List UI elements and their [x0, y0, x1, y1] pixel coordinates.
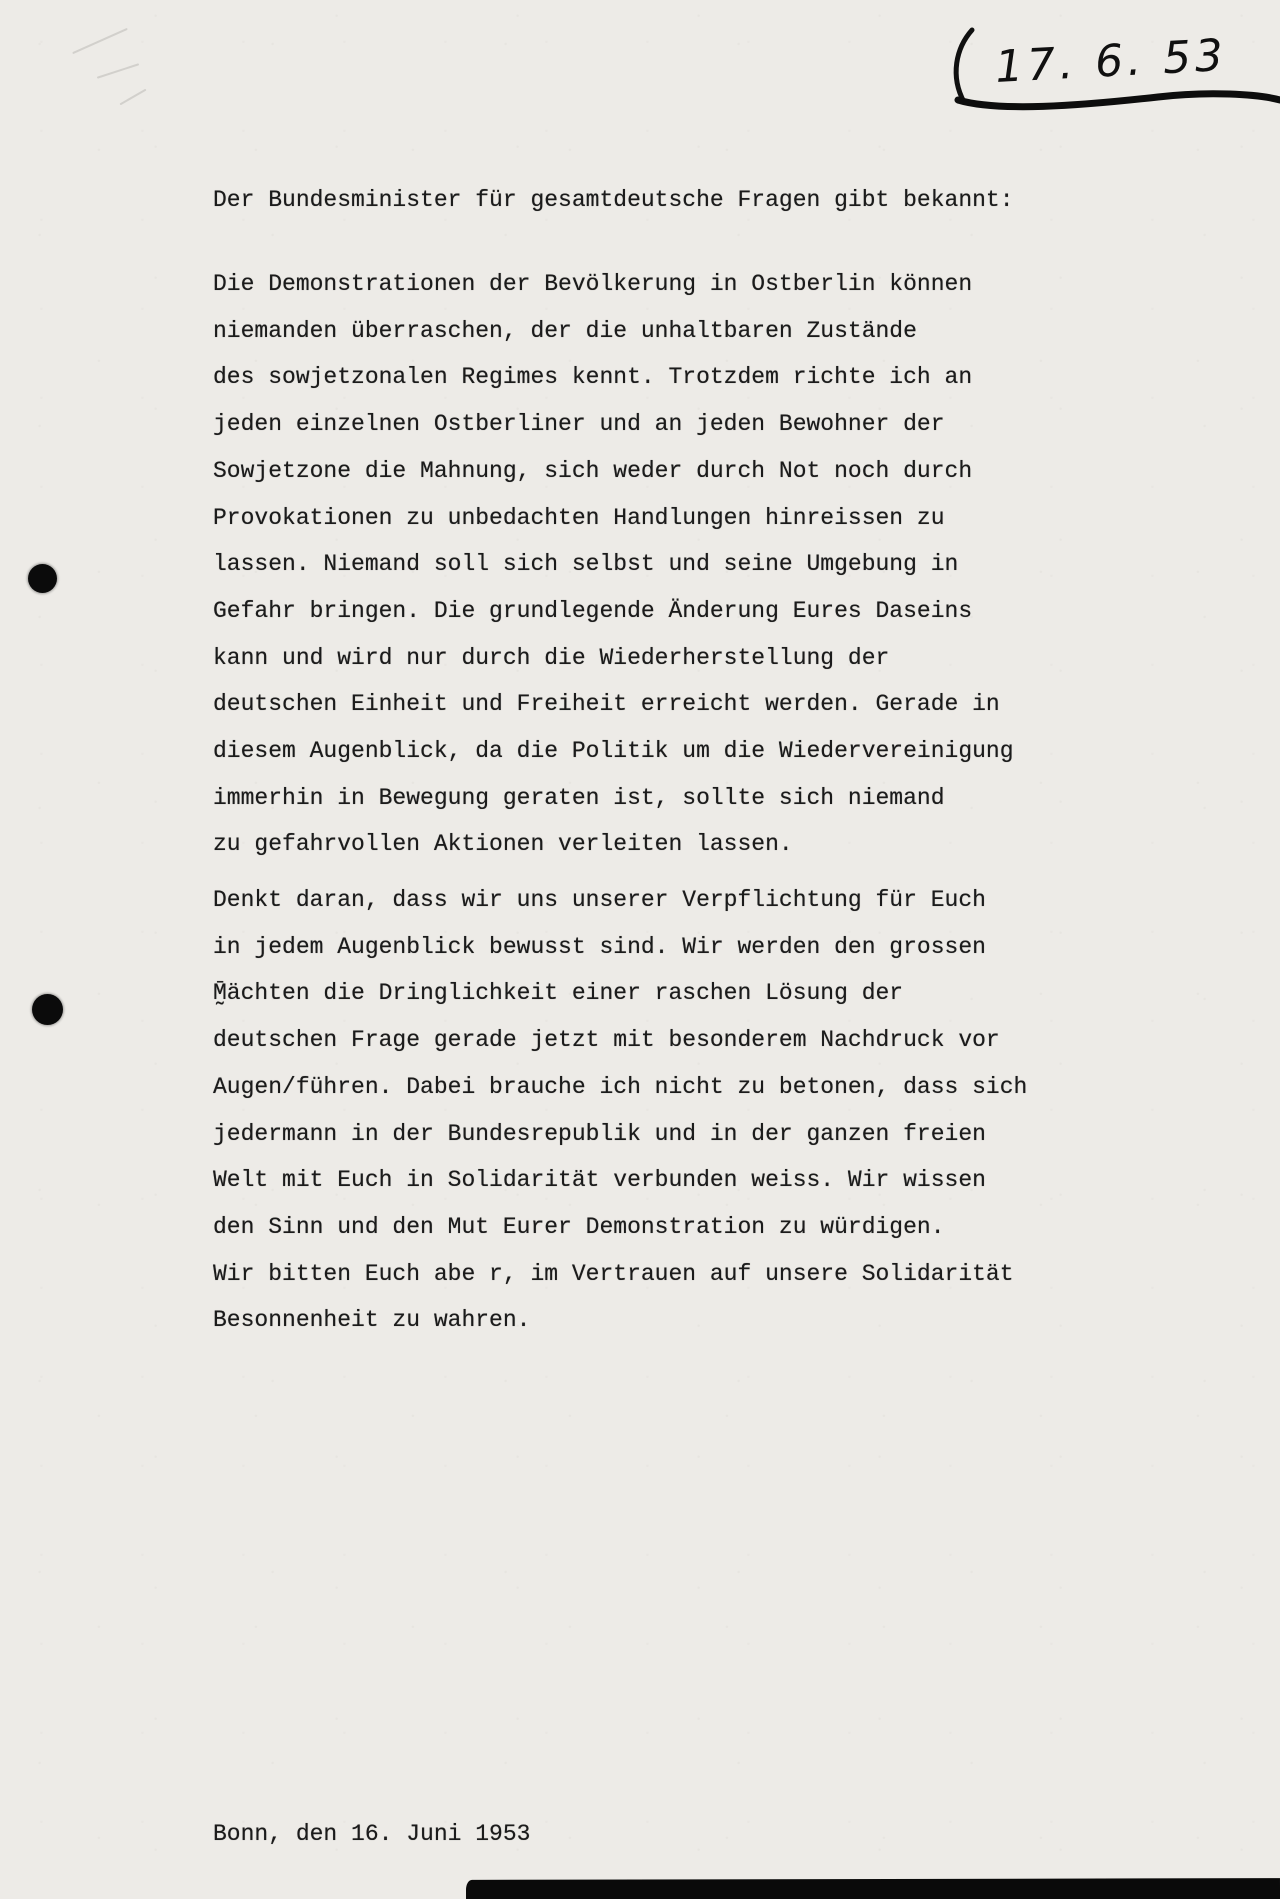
scanned-document-page: 17. 6. 53 Der Bundesminister für gesamtd… [0, 0, 1280, 1899]
open-paren-stroke [956, 30, 972, 102]
paragraph-2: Denkt daran, dass wir uns unserer Verpfl… [213, 877, 1027, 1344]
hole-punch-top [28, 564, 57, 593]
document-title: Der Bundesminister für gesamtdeutsche Fr… [213, 177, 1014, 224]
bottom-scan-bar [466, 1878, 1280, 1899]
dateline: Bonn, den 16. Juni 1953 [213, 1811, 530, 1858]
scan-smudge [120, 89, 147, 106]
annotation-underline-stroke [958, 94, 1280, 107]
handwritten-annotation: 17. 6. 53 [938, 14, 1280, 116]
scan-smudge [97, 63, 139, 78]
hole-punch-bottom [32, 994, 63, 1025]
scan-smudge [72, 28, 128, 54]
handwritten-date: 17. 6. 53 [994, 30, 1228, 93]
paragraph-1: Die Demonstrationen der Bevölkerung in O… [213, 261, 1014, 868]
